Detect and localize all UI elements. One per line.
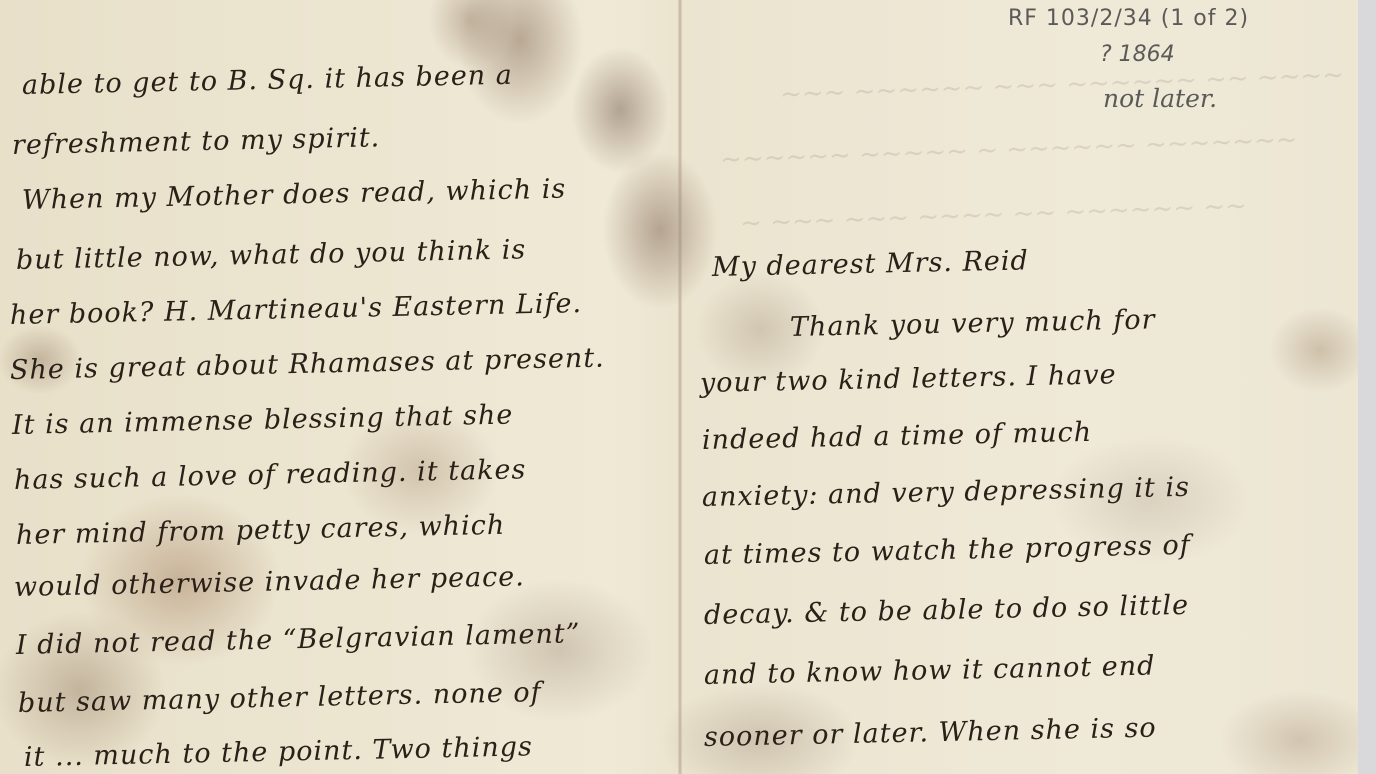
left-line: her book? H. Martineau's Eastern Life. bbox=[10, 288, 583, 331]
left-line: able to get to B. Sq. it has been a bbox=[22, 60, 513, 101]
salutation: My dearest Mrs. Reid bbox=[712, 245, 1029, 283]
right-line: decay. & to be able to do so little bbox=[704, 590, 1190, 631]
right-line: anxiety: and very depressing it is bbox=[702, 472, 1191, 513]
left-line: her mind from petty cares, which bbox=[16, 510, 506, 551]
right-line: your two kind letters. I have bbox=[700, 359, 1117, 399]
right-line: Thank you very much for bbox=[790, 304, 1156, 343]
archive-date: ? 1864 bbox=[1100, 42, 1175, 67]
left-line: When my Mother does read, which is bbox=[22, 174, 567, 216]
left-line: It is an immense blessing that she bbox=[12, 400, 514, 441]
right-line: sooner or later. When she is so bbox=[704, 713, 1157, 753]
right-line: at times to watch the progress of bbox=[704, 530, 1191, 571]
left-line: has such a love of reading. it takes bbox=[14, 454, 527, 496]
bleed-through-text: ~~~ ~~~~~~ ~~~ ~~~~~~ ~~ ~~~~ bbox=[780, 60, 1345, 110]
archive-note: not later. bbox=[1103, 84, 1217, 113]
left-line: it ... much to the point. Two things bbox=[24, 731, 533, 773]
left-line: would otherwise invade her peace. bbox=[14, 561, 525, 603]
bleed-through-text: ~ ~~~ ~~~ ~~~~ ~~ ~~~~~~ ~~ bbox=[740, 191, 1248, 239]
archive-reference: RF 103/2/34 (1 of 2) bbox=[1008, 6, 1249, 31]
left-line: but little now, what do you think is bbox=[16, 234, 527, 276]
left-line: but saw many other letters. none of bbox=[18, 677, 542, 719]
left-line: She is great about Rhamases at present. bbox=[10, 343, 605, 386]
page-fold-line bbox=[678, 0, 682, 774]
bleed-through-text: ~~~~~~ ~~~~~ ~ ~~~~~~ ~~~~~~~ bbox=[720, 125, 1298, 175]
right-line: and to know how it cannot end bbox=[704, 651, 1156, 691]
left-line: refreshment to my spirit. bbox=[12, 122, 381, 161]
letter-paper: ~~~ ~~~~~~ ~~~ ~~~~~~ ~~ ~~~~ ~~~~~~ ~~~… bbox=[0, 0, 1358, 774]
left-line: I did not read the “Belgravian lament” bbox=[16, 618, 581, 661]
right-line: indeed had a time of much bbox=[702, 417, 1093, 456]
